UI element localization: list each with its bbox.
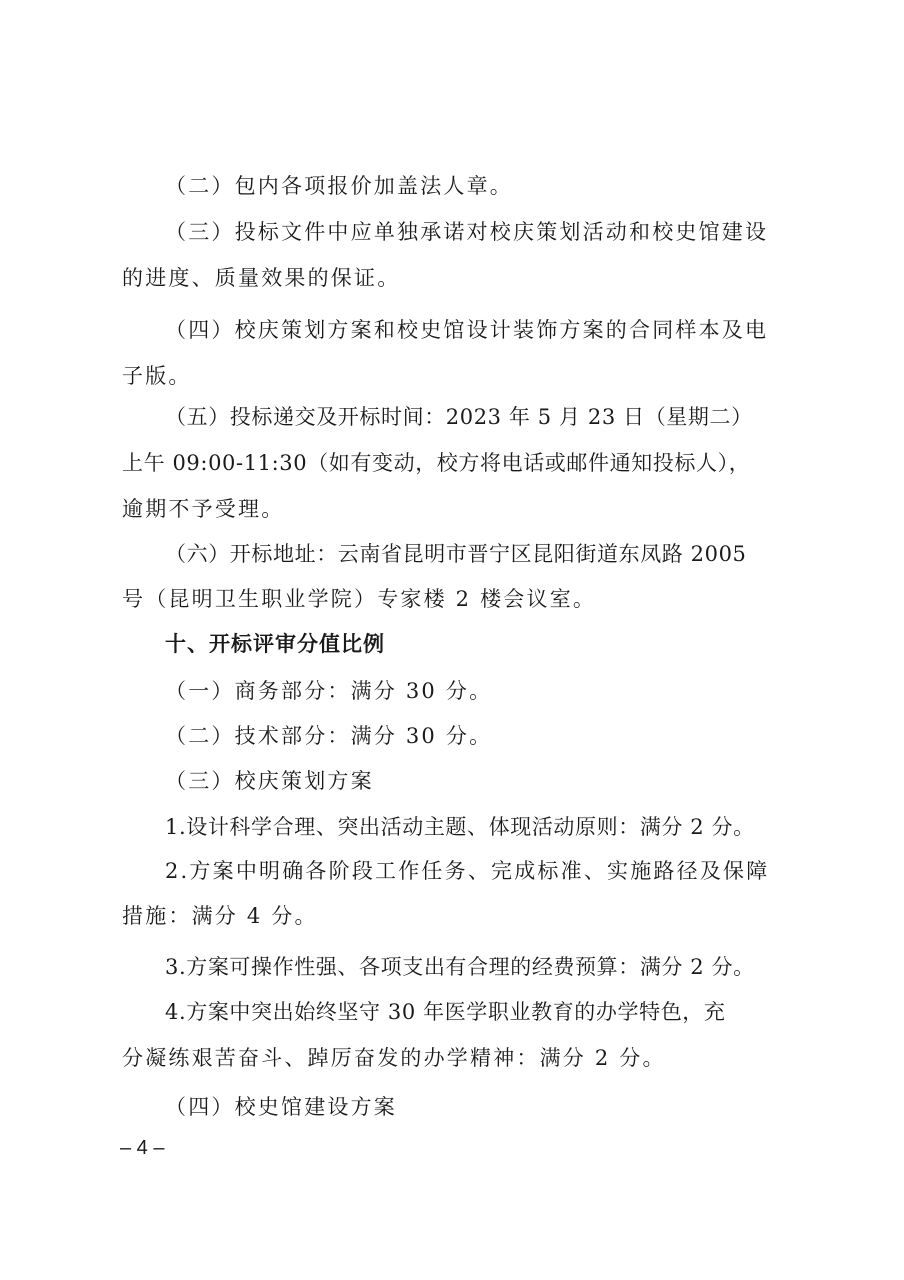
paragraph-item-5-continued-2: 逾期不予受理。 [122, 495, 794, 523]
paragraph-item-5-continued: 上午 09:00-11:30（如有变动，校方将电话或邮件通知投标人）， [122, 449, 794, 477]
page-number: – 4 – [120, 1136, 164, 1160]
paragraph-item-3-commitment: （三）投标文件中应单独承诺对校庆策划活动和校史馆建设 [165, 218, 794, 246]
paragraph-item-6-continued: 号（昆明卫生职业学院）专家楼 2 楼会议室。 [122, 585, 794, 613]
criterion-2: 2.方案中明确各阶段工作任务、完成标准、实施路径及保障 [165, 857, 794, 885]
scoring-history-museum-plan: （四）校史馆建设方案 [165, 1093, 794, 1121]
paragraph-item-2-stamp: （二）包内各项报价加盖法人章。 [165, 172, 794, 200]
criterion-1: 1.设计科学合理、突出活动主题、体现活动原则：满分 2 分。 [165, 813, 794, 841]
scoring-technical: （二）技术部分：满分 30 分。 [165, 722, 794, 750]
paragraph-item-6-address: （六）开标地址：云南省昆明市晋宁区昆阳街道东凤路 2005 [165, 540, 794, 568]
paragraph-item-4-continued: 子版。 [122, 362, 794, 390]
document-page: （二）包内各项报价加盖法人章。 （三）投标文件中应单独承诺对校庆策划活动和校史馆… [0, 0, 904, 1280]
paragraph-item-4-contract: （四）校庆策划方案和校史馆设计装饰方案的合同样本及电 [165, 316, 794, 344]
criterion-4-continued: 分凝练艰苦奋斗、踔厉奋发的办学精神：满分 2 分。 [122, 1044, 794, 1072]
section-heading-scoring: 十、开标评审分值比例 [165, 630, 794, 658]
scoring-business: （一）商务部分：满分 30 分。 [165, 677, 794, 705]
criterion-4: 4.方案中突出始终坚守 30 年医学职业教育的办学特色，充 [165, 998, 794, 1026]
paragraph-item-5-time: （五）投标递交及开标时间：2023 年 5 月 23 日（星期二） [165, 403, 794, 431]
criterion-3: 3.方案可操作性强、各项支出有合理的经费预算：满分 2 分。 [165, 953, 794, 981]
criterion-2-continued: 措施：满分 4 分。 [122, 902, 794, 930]
scoring-anniversary-plan: （三）校庆策划方案 [165, 767, 794, 795]
paragraph-item-3-continued: 的进度、质量效果的保证。 [122, 264, 794, 292]
